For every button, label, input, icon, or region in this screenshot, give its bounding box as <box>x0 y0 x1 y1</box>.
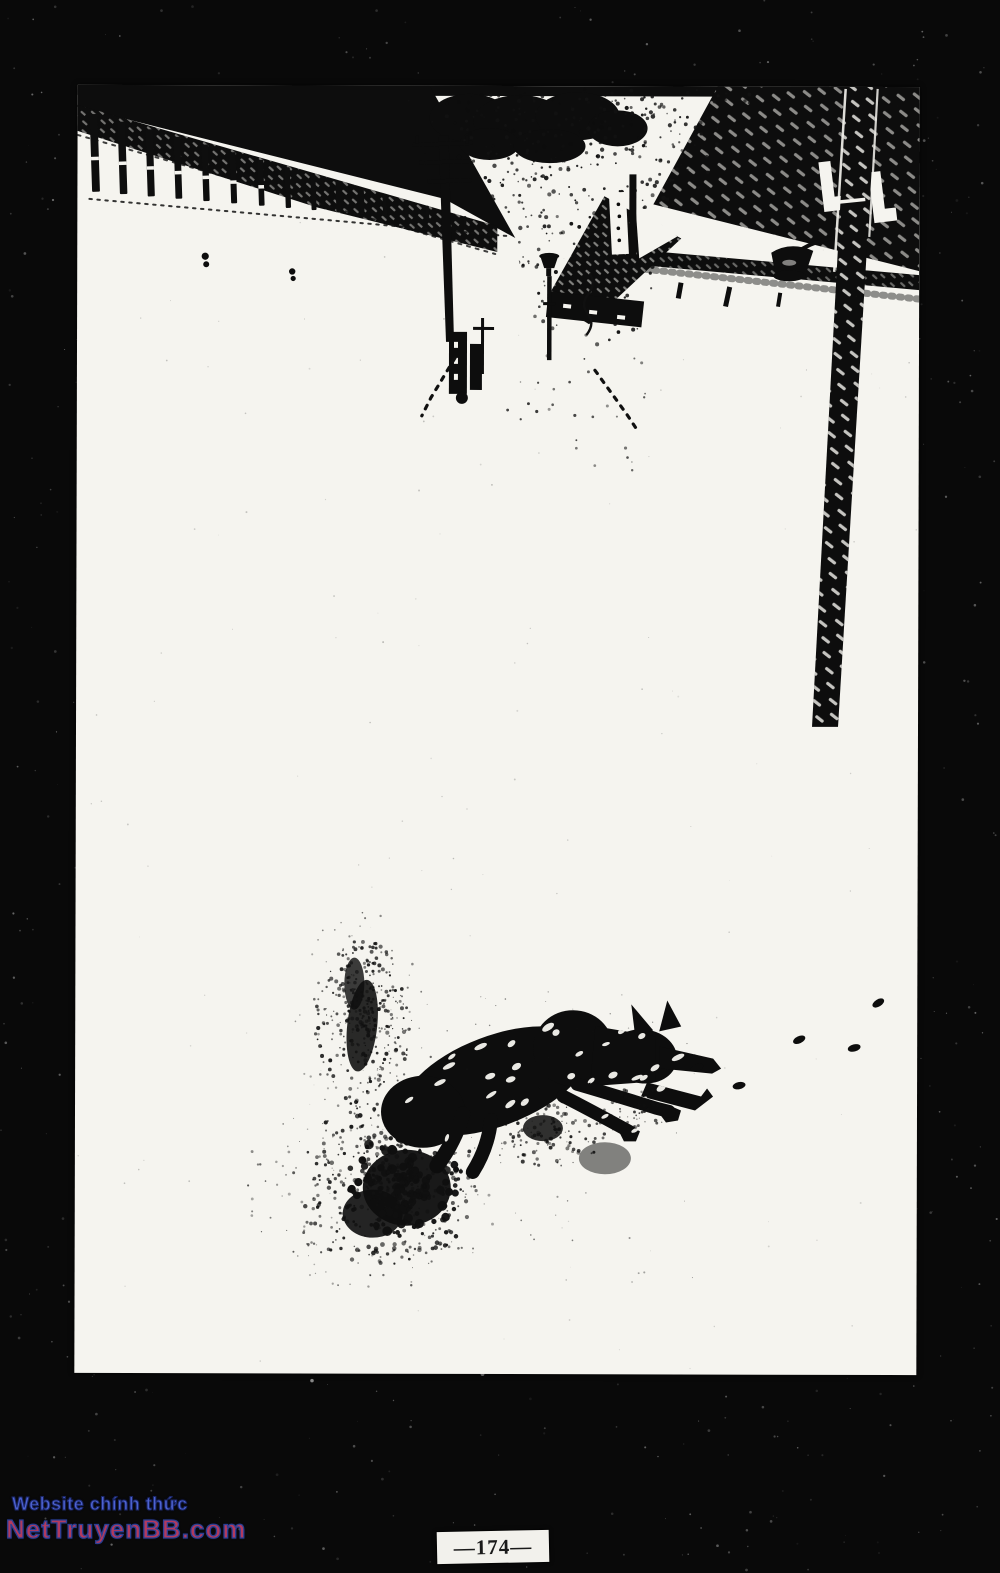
street-track-dashes-right <box>595 370 639 432</box>
street-snow-flecks <box>506 354 646 471</box>
site-watermark: Website chính thức NetTruyenBB.com <box>12 1495 246 1543</box>
comic-artwork <box>74 85 919 1375</box>
paw-prints <box>690 996 886 1091</box>
watermark-line2: NetTruyenBB.com <box>6 1516 246 1543</box>
center-house <box>546 174 682 432</box>
dog-ear <box>659 1000 681 1031</box>
paw-print <box>792 1034 807 1046</box>
page-number-plate: —174— <box>437 1530 550 1564</box>
comic-page <box>74 85 919 1375</box>
paw-print <box>847 1043 861 1053</box>
left-wall-window-dots <box>202 253 296 281</box>
watermark-line1: Website chính thức <box>12 1495 246 1514</box>
paw-print <box>871 997 886 1010</box>
manga-reader-page: Website chính thức NetTruyenBB.com —174— <box>0 0 1000 1573</box>
paw-print <box>732 1081 746 1091</box>
page-number-label: —174— <box>454 1534 533 1560</box>
street-end-structures <box>422 318 494 416</box>
